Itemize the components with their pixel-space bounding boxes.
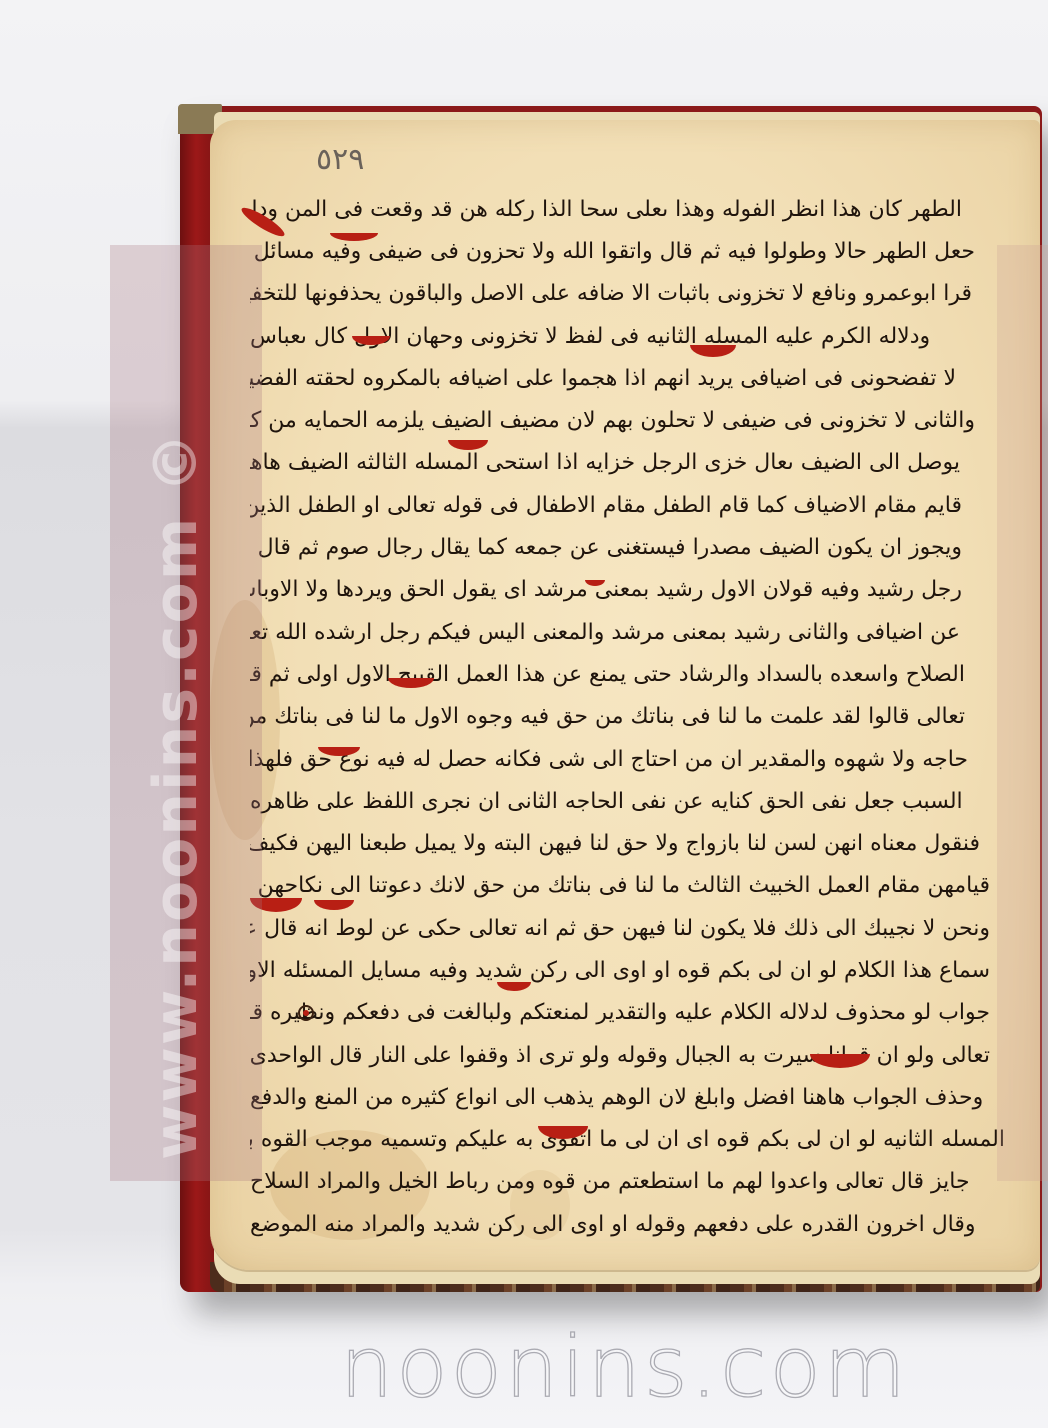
line-text: المسله الثانيه لو ان لى بكم قوه اى ان لى…	[250, 1127, 1005, 1152]
text-line: قرا ابوعمرو ونافع لا تخزونى باثبات الا ض…	[250, 273, 972, 315]
manuscript-text-block: الطهر كان هذا انظر الفوله وهذا ىعلى سحا …	[250, 188, 1020, 1245]
text-line: يوصل الى الضيف ىعال خزى الرجل خزايه اذا …	[250, 442, 960, 484]
watermark-strip-right	[997, 245, 1048, 1181]
line-text: جواب لو محذوف لدلاله الكلام عليه والتقدي…	[250, 1000, 990, 1025]
text-line: وقال اخرون القدره على دفعهم وقوله او اوى…	[250, 1203, 990, 1245]
watermark-vertical: www.noonins.com ©	[141, 431, 211, 1160]
text-line: رجل رشيد وفيه قولان الاول رشيد بمعنى مرش…	[250, 569, 962, 611]
line-text: ونحن لا نجيبك الى ذلك فلا يكون لنا فيهن …	[250, 916, 990, 941]
folio-number: ٥٢٩	[316, 142, 364, 177]
text-line: والثانى لا تخزونى فى ضيفى لا تحلون بهم ل…	[250, 399, 975, 441]
text-line: سماع هذا الكلام لو ان لى بكم قوه او اوى …	[250, 949, 990, 991]
line-text: يوصل الى الضيف ىعال خزى الرجل خزايه اذا …	[250, 450, 960, 475]
line-text: الطهر كان هذا انظر الفوله وهذا ىعلى سحا …	[250, 197, 962, 222]
text-line: تعالى قالوا لقد علمت ما لنا فى بناتك من …	[250, 696, 965, 738]
text-line: الطهر كان هذا انظر الفوله وهذا ىعلى سحا …	[250, 188, 962, 230]
text-line: المسله الثانيه لو ان لى بكم قوه اى ان لى…	[250, 1119, 1005, 1161]
line-text: لا تفضحونى فى اضيافى يريد انهم اذا هجموا…	[250, 366, 956, 391]
line-text: وقال اخرون القدره على دفعهم وقوله او اوى…	[250, 1212, 976, 1237]
text-line: جواب لو محذوف لدلاله الكلام عليه والتقدي…	[250, 992, 990, 1034]
line-text: قيامهن مقام العمل الخبيث الثالث ما لنا ف…	[250, 873, 990, 898]
text-line: جايز قال تعالى واعدوا لهم ما استطعتم من …	[250, 1161, 1005, 1203]
text-line: لا تفضحونى فى اضيافى يريد انهم اذا هجموا…	[250, 357, 956, 399]
text-line: وحذف الجواب هاهنا افضل وابلغ لان الوهم ي…	[250, 1076, 990, 1118]
line-text: والثانى لا تخزونى فى ضيفى لا تحلون بهم ل…	[250, 408, 975, 433]
line-text: وحذف الجواب هاهنا افضل وابلغ لان الوهم ي…	[250, 1085, 983, 1110]
watermark-bottom: noonins.com	[340, 1318, 909, 1416]
line-text: تعالى ولو ان قرانا سيرت به الجبال وقوله …	[250, 1043, 990, 1068]
line-text: الصلاح واسعده بالسداد والرشاد حتى يمنع ع…	[250, 662, 965, 687]
line-text: رجل رشيد وفيه قولان الاول رشيد بمعنى مرش…	[250, 577, 962, 602]
line-text: السبب جعل نفى الحق كنايه عن نفى الحاجه ا…	[250, 789, 963, 814]
line-text: تعالى قالوا لقد علمت ما لنا فى بناتك من …	[250, 704, 965, 729]
text-line: عن اضيافى والثانى رشيد بمعنى مرشد والمعن…	[250, 611, 960, 653]
circled-dot-marker	[298, 1005, 314, 1021]
text-line: تعالى ولو ان قرانا سيرت به الجبال وقوله …	[250, 1034, 990, 1076]
line-text: حعل الطهر حالا وطولوا فيه ثم قال واتقوا …	[250, 239, 975, 264]
text-line: فنقول معناه انهن لسن لنا بازواج ولا حق ل…	[250, 822, 980, 864]
line-text: قايم مقام الاضياف كما قام الطفل مقام الا…	[250, 493, 962, 518]
line-text: قرا ابوعمرو ونافع لا تخزونى باثبات الا ض…	[250, 281, 972, 306]
line-text: فنقول معناه انهن لسن لنا بازواج ولا حق ل…	[250, 831, 980, 856]
line-text: جايز قال تعالى واعدوا لهم ما استطعتم من …	[250, 1169, 970, 1194]
text-line: حاجه ولا شهوه والمقدير ان من احتاج الى ش…	[250, 738, 968, 780]
text-line: ويجوز ان يكون الضيف مصدرا فيستغنى عن جمع…	[250, 526, 962, 568]
text-line: قيامهن مقام العمل الخبيث الثالث ما لنا ف…	[250, 865, 990, 907]
text-line: ونحن لا نجيبك الى ذلك فلا يكون لنا فيهن …	[250, 907, 990, 949]
line-text: عن اضيافى والثانى رشيد بمعنى مرشد والمعن…	[250, 620, 960, 645]
line-text: ويجوز ان يكون الضيف مصدرا فيستغنى عن جمع…	[250, 535, 962, 560]
text-line: قايم مقام الاضياف كما قام الطفل مقام الا…	[250, 484, 962, 526]
text-line: السبب جعل نفى الحق كنايه عن نفى الحاجه ا…	[250, 780, 968, 822]
text-line: الصلاح واسعده بالسداد والرشاد حتى يمنع ع…	[250, 653, 965, 695]
line-text: سماع هذا الكلام لو ان لى بكم قوه او اوى …	[250, 958, 990, 983]
